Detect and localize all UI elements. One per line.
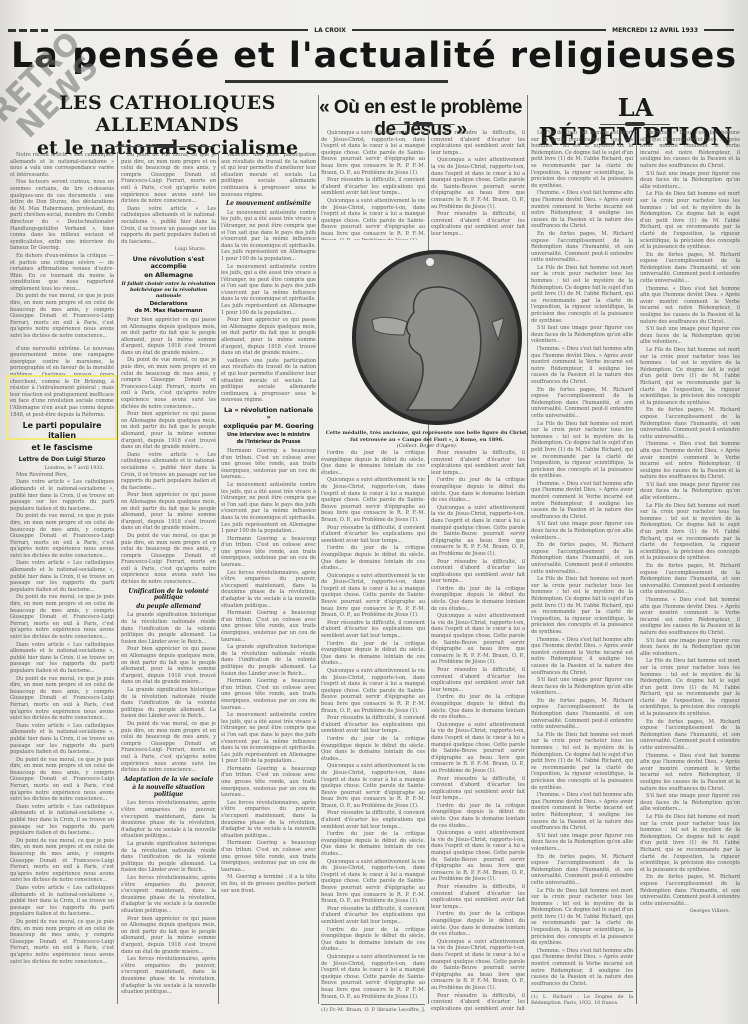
body-paragraph: Le Fils de Dieu fait homme est mort sur … — [640, 658, 740, 717]
body-paragraph: Pour résoudre la difficulté, il convient… — [431, 776, 525, 802]
subheading: expliquée par M. Goering — [221, 423, 316, 430]
column-1: Notre récent article « Les catholiques a… — [10, 152, 114, 1012]
body-paragraph: Du point de vue moral, ce que je puis di… — [121, 357, 216, 410]
body-paragraph: Pour résoudre la difficulté, il convient… — [431, 667, 525, 693]
body-paragraph: Le Fils de Dieu fait homme est mort sur … — [531, 732, 633, 791]
body-paragraph: Le Fils de Dieu fait homme est mort sur … — [531, 130, 633, 189]
letter-body: Dans votre article « Les catholiques all… — [10, 479, 114, 512]
jesus-column-3: l'ordre du jour de la critique évangéliq… — [321, 450, 425, 1012]
body-paragraph: Les forces révolutionnaires, après s'êtr… — [221, 570, 316, 610]
body-paragraph: l'homme. « Dieu s'est fait homme afin qu… — [640, 286, 740, 326]
body-paragraph: Les forces révolutionnaires, après s'êtr… — [121, 956, 216, 996]
subheading: Une révolution s'est accomplie — [121, 256, 216, 270]
body-paragraph: Le mouvement antisémite contre les juifs… — [221, 264, 316, 317]
body-paragraph: l'ordre du jour de la critique évangéliq… — [321, 831, 425, 857]
footnote: (1) Fr.-M. Braun, O. P. librairie Lecoff… — [321, 1004, 425, 1012]
body-paragraph: Le Fils de Dieu fait homme est mort sur … — [640, 191, 740, 250]
body-paragraph: l'homme. « Dieu s'est fait homme afin qu… — [531, 346, 633, 386]
body-paragraph: l'ordre du jour de la critique évangéliq… — [431, 911, 525, 937]
highlight-box — [6, 375, 117, 440]
body-paragraph: Pour résoudre la difficulté, il convient… — [431, 450, 525, 476]
column-rule — [636, 130, 637, 1004]
body-paragraph: Les forces révolutionnaires, après s'êtr… — [121, 800, 216, 840]
body-paragraph: Pour résoudre la difficulté, il convient… — [321, 620, 425, 640]
christ-medallion-image — [352, 250, 522, 425]
section-heading: Le mouvement antisémite — [221, 201, 316, 208]
body-paragraph: Le Fils de Dieu fait homme est mort sur … — [640, 503, 740, 562]
subheading-byline: Lettre de Don Luigi Sturzo — [10, 456, 114, 463]
subheading: Une interview avec le ministre — [221, 432, 316, 439]
body-paragraph: En de fortes pages, M. Richard expose l'… — [640, 874, 740, 907]
body-paragraph: Quiconque a suivi attentivement la vie d… — [431, 722, 525, 775]
body-paragraph: Le Fils de Dieu fait homme est mort sur … — [531, 888, 633, 947]
newspaper-page: LA CROIX MERCREDI 12 AVRIL 1933 La pensé… — [0, 0, 748, 1024]
intro-paragraph: Notre récent article « Les catholiques a… — [10, 152, 114, 178]
subheading-italic: bolchévique ou la révolution nationale — [121, 287, 216, 299]
body-paragraph: En de fortes pages, M. Richard expose l'… — [640, 252, 740, 285]
body-paragraph: En de fortes pages, M. Richard expose l'… — [531, 854, 633, 887]
section-heading: du peuple allemand — [121, 604, 216, 611]
column-rule — [527, 95, 528, 1004]
letter-body: Du point de vue moral, ce que je puis di… — [10, 919, 114, 965]
footnote: (1) L. Richard : Le Dogme de la Rédempti… — [531, 991, 633, 1006]
letter-body: Dans votre article « Les catholiques all… — [10, 885, 114, 918]
letter-salutation: Mon Révérend Père, — [10, 472, 114, 479]
body-paragraph: S'il faut une image pour figurer ces deu… — [640, 171, 740, 191]
body-paragraph: La grande signification historique de la… — [121, 841, 216, 874]
body-paragraph: La grande signification historique de la… — [221, 644, 316, 677]
body-paragraph: S'il faut une image pour figurer ces deu… — [531, 325, 633, 345]
body-paragraph: l'ordre du jour de la critique évangéliq… — [321, 927, 425, 953]
column-rule — [428, 475, 429, 1004]
body-paragraph: Le Fils de Dieu fait homme est mort sur … — [640, 814, 740, 873]
body-paragraph: Quiconque a suivi attentivement la vie d… — [321, 954, 425, 1000]
body-paragraph: Pour bien apprécier ce qui passe en Alle… — [121, 916, 216, 956]
masthead: LA CROIX MERCREDI 12 AVRIL 1933 — [8, 25, 740, 35]
body-paragraph: Quiconque a suivi attentivement la vie d… — [321, 198, 425, 240]
section-heading: à la nouvelle situation politique — [121, 785, 216, 798]
body-paragraph: S'il faut une image pour figurer ces deu… — [531, 833, 633, 853]
headline-rule — [225, 80, 448, 83]
body-paragraph: Pour résoudre la difficulté, il convient… — [321, 906, 425, 926]
column-3: vailleurs une juste participation aux ré… — [221, 152, 316, 1012]
jesus-column-1: Quiconque a suivi attentivement la vie d… — [321, 130, 425, 240]
body-paragraph: Quiconque a suivi attentivement la vie d… — [321, 763, 425, 809]
body-paragraph: l'homme. « Dieu s'est fait homme afin qu… — [531, 792, 633, 832]
body-paragraph: Quiconque a suivi attentivement la vie d… — [431, 505, 525, 558]
section-heading: Adaptation de la vie sociale — [121, 777, 216, 784]
body-paragraph: En de fortes pages, M. Richard expose l'… — [531, 542, 633, 575]
masthead-rule-left — [54, 29, 308, 31]
body-paragraph: Le mouvement antisémite contre les juifs… — [221, 712, 316, 765]
body-paragraph: Pour bien apprécier ce qui passe en Alle… — [121, 317, 216, 357]
body-paragraph: Quiconque a suivi attentivement la vie d… — [431, 157, 525, 210]
intro-paragraph: Nos lecteurs seront curieux, nous en som… — [10, 179, 114, 252]
body-paragraph: Le Fils de Dieu fait homme est mort sur … — [531, 421, 633, 480]
body-paragraph: l'ordre du jour de la critique évangéliq… — [431, 477, 525, 503]
body-paragraph: Quiconque a suivi attentivement la vie d… — [431, 613, 525, 666]
body-paragraph: Pour bien apprécier ce qui passe en Alle… — [121, 492, 216, 532]
body-paragraph: Le Fils de Dieu fait homme est mort sur … — [640, 347, 740, 406]
body-paragraph: l'ordre du jour de la critique évangéliq… — [431, 586, 525, 612]
body-paragraph: Hermann Goering a beaucoup d'un tribun. … — [221, 678, 316, 711]
body-paragraph: Quiconque a suivi attentivement la vie d… — [321, 130, 425, 176]
body-paragraph: l'homme. « Dieu s'est fait homme afin qu… — [640, 597, 740, 637]
body-paragraph: En de fortes pages, M. Richard expose l'… — [531, 387, 633, 420]
body-paragraph: l'homme. « Dieu s'est fait homme afin qu… — [640, 441, 740, 481]
redemption-column-1: Le Fils de Dieu fait homme est mort sur … — [531, 130, 633, 1012]
body-paragraph: S'il faut une image pour figurer ces deu… — [640, 638, 740, 658]
title-ornament — [390, 124, 455, 125]
subheading: de l'Intérieur de Prusse — [221, 439, 316, 446]
body-paragraph: Les forces révolutionnaires, après s'êtr… — [121, 875, 216, 915]
article-catholics-title: LES CATHOLIQUES ALLEMANDS et le national… — [20, 92, 315, 160]
masthead-rule-right — [352, 29, 606, 31]
page-headline: La pensée et l'actualité religieuses — [0, 36, 748, 76]
signature: Georges Villiers. — [640, 908, 740, 915]
letter-body: Du point de vue moral, ce que je puis di… — [10, 594, 114, 640]
body-paragraph: Pour résoudre la difficulté, il convient… — [321, 525, 425, 545]
body-paragraph: Les forces révolutionnaires, après s'êtr… — [221, 800, 316, 840]
body-paragraph: vailleurs une juste participation aux ré… — [221, 152, 316, 198]
body-paragraph: Hermann Goering a beaucoup d'un tribun. … — [221, 448, 316, 481]
body-paragraph: En de fortes pages, M. Richard expose l'… — [531, 231, 633, 264]
body-paragraph: l'homme. « Dieu s'est fait homme afin qu… — [531, 948, 633, 988]
body-paragraph: Du point de vue moral, ce que je puis di… — [121, 721, 216, 774]
column-rule — [318, 95, 319, 1004]
body-paragraph: Pour résoudre la difficulté, il convient… — [431, 211, 525, 237]
image-caption: Cette médaille, très ancienne, qui repré… — [322, 430, 532, 450]
body-paragraph: Hermann Goering a beaucoup d'un tribun. … — [221, 610, 316, 643]
letter-body: Du point de vue moral, ce que je puis di… — [10, 838, 114, 884]
title-line1: LES CATHOLIQUES ALLEMANDS — [20, 92, 315, 136]
signature: Luigi Sturzo. — [121, 246, 216, 253]
title-ornament — [115, 146, 215, 147]
body-paragraph: Pour résoudre la difficulté, il convient… — [431, 559, 525, 585]
title-ornament — [600, 124, 670, 125]
body-paragraph: Pour bien apprécier ce qui passe en Alle… — [121, 411, 216, 451]
subheading: Déclarations — [121, 301, 216, 308]
body-paragraph: l'homme. « Dieu s'est fait homme afin qu… — [531, 637, 633, 677]
issue-date: MERCREDI 12 AVRIL 1933 — [612, 27, 698, 34]
body-paragraph: l'ordre du jour de la critique évangéliq… — [321, 736, 425, 762]
body-paragraph: Le mouvement antisémite contre les juifs… — [221, 210, 316, 263]
body-paragraph: Pour bien apprécier ce qui passe en Alle… — [221, 317, 316, 357]
body-paragraph: En de fortes pages, M. Richard expose l'… — [531, 698, 633, 731]
letter-body: Dans votre article « Les catholiques all… — [10, 560, 114, 593]
body-paragraph: Quiconque a suivi attentivement la vie d… — [321, 477, 425, 523]
body-paragraph: l'ordre du jour de la critique évangéliq… — [431, 694, 525, 720]
body-paragraph: l'homme. « Dieu s'est fait homme afin qu… — [531, 481, 633, 521]
body-paragraph: Dans votre article « Les catholiques all… — [121, 206, 216, 246]
redemption-column-2: l'homme. « Dieu s'est fait homme afin qu… — [640, 130, 740, 1012]
letter-body: Du point de vue moral, ce que je puis di… — [10, 513, 114, 559]
body-paragraph: Quiconque a suivi attentivement la vie d… — [431, 830, 525, 883]
body-paragraph: l'homme. « Dieu s'est fait homme afin qu… — [640, 753, 740, 793]
christ-profile-icon — [352, 250, 522, 425]
body-paragraph: Pour résoudre la difficulté, il convient… — [321, 810, 425, 830]
body-paragraph: Du point de vue moral, ce que je puis di… — [121, 152, 216, 205]
subheading: de M. Max Habermann — [121, 308, 216, 315]
subheading: en Allemagne — [121, 272, 216, 279]
body-paragraph: M. Goering a terminé ; il a la tête en f… — [221, 874, 316, 894]
body-paragraph: Quiconque a suivi attentivement la vie d… — [431, 939, 525, 992]
jesus-column-4: Pour résoudre la difficulté, il convient… — [431, 450, 525, 1012]
body-paragraph: Pour résoudre la difficulté, il convient… — [431, 993, 525, 1013]
body-paragraph: Pour résoudre la difficulté, il convient… — [321, 715, 425, 735]
body-paragraph: Dans votre article « Les catholiques all… — [121, 452, 216, 492]
column-rule — [218, 152, 219, 1004]
body-paragraph: Quiconque a suivi attentivement la vie d… — [321, 573, 425, 619]
body-paragraph: S'il faut une image pour figurer ces deu… — [640, 793, 740, 813]
letter-body: Du point de vue moral, ce que je puis di… — [10, 757, 114, 803]
body-paragraph: Pour résoudre la difficulté, il convient… — [431, 884, 525, 910]
body-paragraph: S'il faut une image pour figurer ces deu… — [640, 326, 740, 346]
letter-body: Dans votre article « Les catholiques all… — [10, 642, 114, 675]
body-paragraph: S'il faut une image pour figurer ces deu… — [531, 521, 633, 541]
intro-paragraph: En dehors d'eux-mêmes la critique — et p… — [10, 253, 114, 293]
letter-body: Dans votre article « Les catholiques all… — [10, 804, 114, 837]
body-paragraph: Du point de vue moral, ce que je puis di… — [121, 533, 216, 586]
letter-body: Dans votre article « Les catholiques all… — [10, 723, 114, 756]
body-paragraph: vailleurs une juste participation aux ré… — [221, 358, 316, 404]
body-paragraph: Le Fils de Dieu fait homme est mort sur … — [531, 265, 633, 324]
body-paragraph: l'ordre du jour de la critique évangéliq… — [431, 803, 525, 829]
body-paragraph: La grande signification historique de la… — [121, 687, 216, 720]
subheading: La « révolution nationale » — [221, 407, 316, 421]
body-paragraph: Hermann Goering a beaucoup d'un tribun. … — [221, 536, 316, 569]
body-paragraph: Pour résoudre la difficulté, il convient… — [321, 177, 425, 197]
body-paragraph: l'ordre du jour de la critique évangéliq… — [321, 450, 425, 476]
body-paragraph: En de fortes pages, M. Richard expose l'… — [640, 563, 740, 596]
body-paragraph: l'homme. « Dieu s'est fait homme afin qu… — [531, 190, 633, 230]
letter-dateline: Londres, le 7 avril 1933. — [10, 465, 114, 472]
masthead-ornament — [8, 29, 48, 32]
column-2: Du point de vue moral, ce que je puis di… — [121, 152, 216, 1012]
body-paragraph: Du point de vue moral, ce que je puis di… — [10, 293, 114, 339]
body-paragraph: La grande signification historique de la… — [121, 612, 216, 645]
body-paragraph: S'il faut une image pour figurer ces deu… — [531, 677, 633, 697]
body-paragraph: S'il faut une image pour figurer ces deu… — [640, 482, 740, 502]
body-paragraph: Hermann Goering a beaucoup d'un tribun. … — [221, 766, 316, 799]
body-paragraph: En de fortes pages, M. Richard expose l'… — [640, 719, 740, 752]
masthead-rule-end — [704, 29, 734, 31]
body-paragraph: En de fortes pages, M. Richard expose l'… — [640, 407, 740, 440]
jesus-column-2: Pour résoudre la difficulté, il convient… — [431, 130, 525, 240]
letter-body: Du point de vue moral, ce que je puis di… — [10, 676, 114, 722]
body-paragraph: l'ordre du jour de la critique évangéliq… — [321, 545, 425, 571]
body-paragraph: l'ordre du jour de la critique évangéliq… — [321, 641, 425, 667]
body-paragraph: Le mouvement antisémite contre les juifs… — [221, 482, 316, 535]
body-paragraph: l'homme. « Dieu s'est fait homme afin qu… — [640, 130, 740, 170]
section-heading: Unification de la volonté politique — [121, 589, 216, 602]
subheading: et le fascisme — [10, 443, 114, 453]
body-paragraph: Quiconque a suivi attentivement la vie d… — [321, 668, 425, 714]
body-paragraph: Pour bien apprécier ce qui passe en Alle… — [121, 646, 216, 686]
body-paragraph: Hermann Goering a beaucoup d'un tribun. … — [221, 840, 316, 873]
body-paragraph: Pour résoudre la difficulté, il convient… — [431, 130, 525, 156]
body-paragraph: Le Fils de Dieu fait homme est mort sur … — [531, 576, 633, 635]
body-paragraph: Quiconque a suivi attentivement la vie d… — [321, 859, 425, 905]
paper-name: LA CROIX — [314, 27, 346, 34]
column-rule — [117, 152, 118, 1004]
caption-text: Cette médaille, très ancienne, qui repré… — [322, 430, 532, 443]
caption-credit: (Collect. Boyer d'Agen). — [322, 443, 532, 450]
